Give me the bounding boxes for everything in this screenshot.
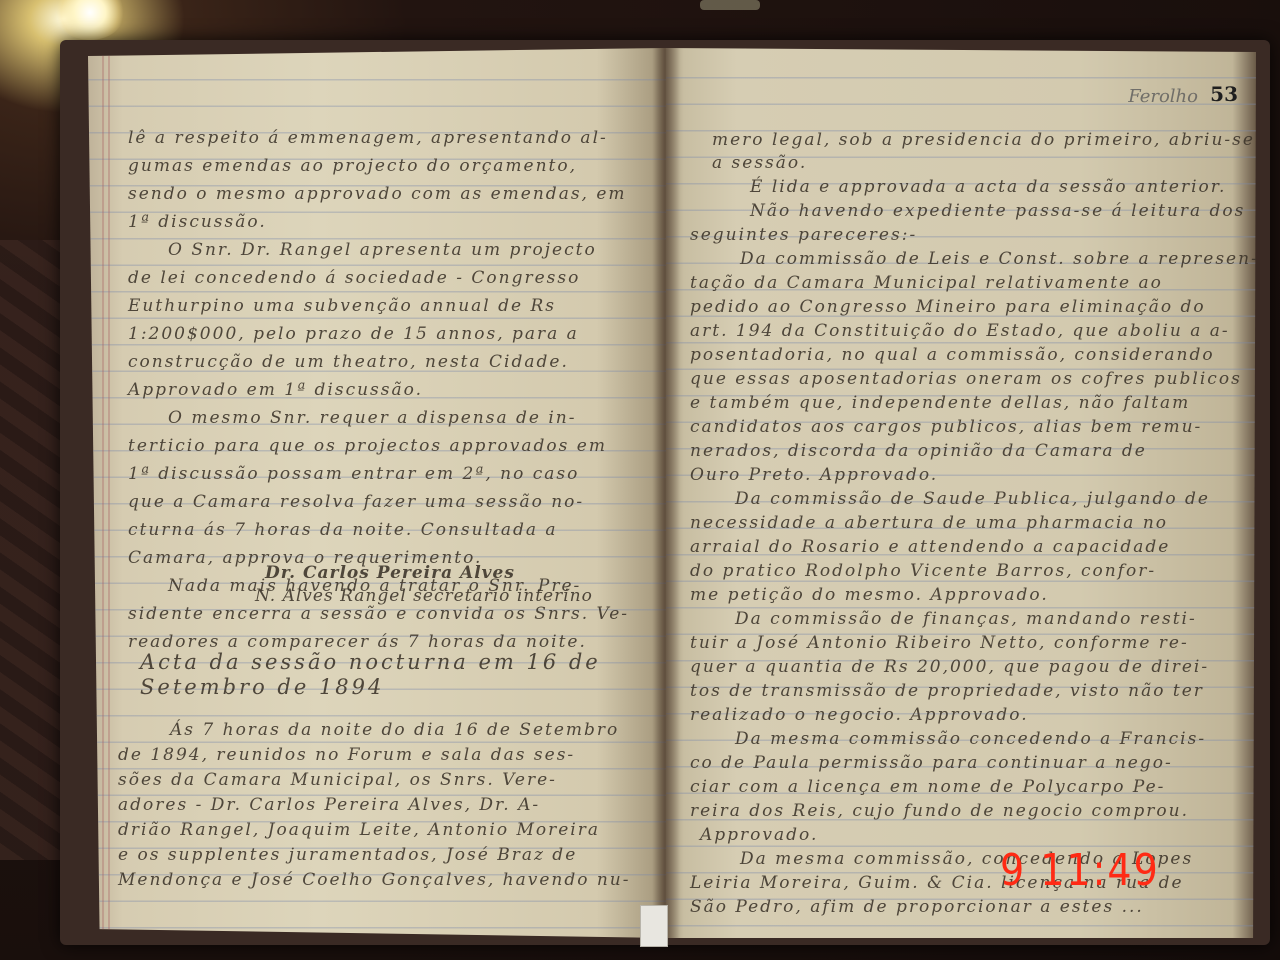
hw-line: sões da Camara Municipal, os Snrs. Vere- [118, 770, 557, 790]
hw-line: Da commissão de finanças, mandando resti… [735, 609, 1197, 629]
margin-line [102, 48, 104, 938]
hw-line: 1ª discussão. [128, 212, 267, 232]
hw-line: São Pedro, afim de proporcionar a estes … [690, 897, 1144, 917]
hw-line: Mendonça e José Coelho Gonçalves, havend… [118, 870, 631, 890]
hw-line: mero legal, sob a presidencia do primeir… [712, 130, 1255, 150]
hw-line: adores - Dr. Carlos Pereira Alves, Dr. A… [118, 795, 540, 815]
hw-line: arraial do Rosario e attendendo a capaci… [690, 537, 1170, 557]
hw-line: e os supplentes juramentados, José Braz … [118, 845, 577, 865]
hw-line: drião Rangel, Joaquim Leite, Antonio Mor… [118, 820, 600, 840]
hw-line: Approvado em 1ª discussão. [128, 380, 423, 400]
hw-line: sidente encerra a sessão e convida os Sn… [128, 604, 629, 624]
hw-line: e também que, independente dellas, não f… [690, 393, 1190, 413]
hw-line: realizado o negocio. Approvado. [690, 705, 1029, 725]
hw-line: Da commissão de Leis e Const. sobre a re… [740, 249, 1259, 269]
section-title-line: Acta da sessão nocturna em 16 de [140, 650, 601, 674]
hw-line: do pratico Rodolpho Vicente Barros, conf… [690, 561, 1156, 581]
hw-line: art. 194 da Constituição do Estado, que … [690, 321, 1230, 341]
spine-label [640, 905, 668, 947]
hw-line: Não havendo expediente passa-se á leitur… [750, 201, 1245, 221]
hw-line: Ouro Preto. Approvado. [690, 465, 938, 485]
margin-line [108, 48, 110, 938]
hw-line: tuir a José Antonio Ribeiro Netto, confo… [690, 633, 1189, 653]
hw-line: Approvado. [700, 825, 818, 845]
hw-line: sendo o mesmo approvado com as emendas, … [128, 184, 627, 204]
hw-line: construcção de um theatro, nesta Cidade. [128, 352, 569, 372]
hw-line: readores a comparecer ás 7 horas da noit… [128, 632, 587, 652]
book-gutter [652, 48, 680, 938]
hw-line: de lei concedendo á sociedade - Congress… [128, 268, 580, 288]
hw-line: Ás 7 horas da noite do dia 16 de Setembr… [170, 720, 619, 740]
hw-line: pedido ao Congresso Mineiro para elimina… [690, 297, 1206, 317]
hw-line: Da commissão de Saude Publica, julgando … [735, 489, 1210, 509]
hw-line: terticio para que os projectos approvado… [128, 436, 607, 456]
hw-line: lê a respeito á emmenagem, apresentando … [128, 128, 608, 148]
hw-line: 1ª discussão possam entrar em 2ª, no cas… [128, 464, 579, 484]
hw-line: necessidade a abertura de uma pharmacia … [690, 513, 1168, 533]
section-title-line: Setembro de 1894 [140, 675, 384, 699]
hw-line: quer a quantia de Rs 20,000, que pagou d… [690, 657, 1209, 677]
signature-secretary: N. Alves Rangel secretario interino [255, 586, 593, 606]
hw-line: reira dos Reis, cujo fundo de negocio co… [690, 801, 1189, 821]
hw-line: tação da Camara Municipal relativamente … [690, 273, 1163, 293]
hw-line: ciar com a licença em nome de Polycarpo … [690, 777, 1165, 797]
page-number: 53 [1210, 82, 1238, 106]
top-scrap [700, 0, 760, 10]
hw-line: gumas emendas ao projecto do orçamento, [128, 156, 577, 176]
patterned-carpet [0, 240, 60, 860]
hw-line: posentadoria, no qual a commissão, consi… [690, 345, 1215, 365]
hw-line: O Snr. Dr. Rangel apresenta um projecto [168, 240, 597, 260]
hw-line: tos de transmissão de propriedade, visto… [690, 681, 1204, 701]
hw-line: 1:200$000, pelo prazo de 15 annos, para … [128, 324, 579, 344]
hw-line: de 1894, reunidos no Forum e sala das se… [118, 745, 575, 765]
hw-line: cturna ás 7 horas da noite. Consultada a [128, 520, 558, 540]
hw-line: seguintes pareceres:- [690, 225, 917, 245]
hw-line: que essas aposentadorias oneram os cofre… [690, 369, 1242, 389]
hw-line: a sessão. [712, 153, 807, 173]
hw-line: Da mesma commissão concedendo a Francis- [735, 729, 1206, 749]
hw-line: Euthurpino uma subvenção annual de Rs [128, 296, 556, 316]
hw-line: que a Camara resolva fazer uma sessão no… [128, 492, 584, 512]
camera-timestamp: 9 11:49 [1000, 845, 1160, 896]
folio-signature: Ferolho [1128, 86, 1198, 107]
hw-line: É lida e approvada a acta da sessão ante… [750, 177, 1226, 197]
hw-line: O mesmo Snr. requer a dispensa de in- [168, 408, 577, 428]
hw-line: candidatos aos cargos publicos, alias be… [690, 417, 1202, 437]
hw-line: co de Paula permissão para continuar a n… [690, 753, 1173, 773]
hw-line: nerados, discorda da opinião da Camara d… [690, 441, 1147, 461]
hw-line: me petição do mesmo. Approvado. [690, 585, 1049, 605]
signature-president: Dr. Carlos Pereira Alves [265, 563, 515, 583]
